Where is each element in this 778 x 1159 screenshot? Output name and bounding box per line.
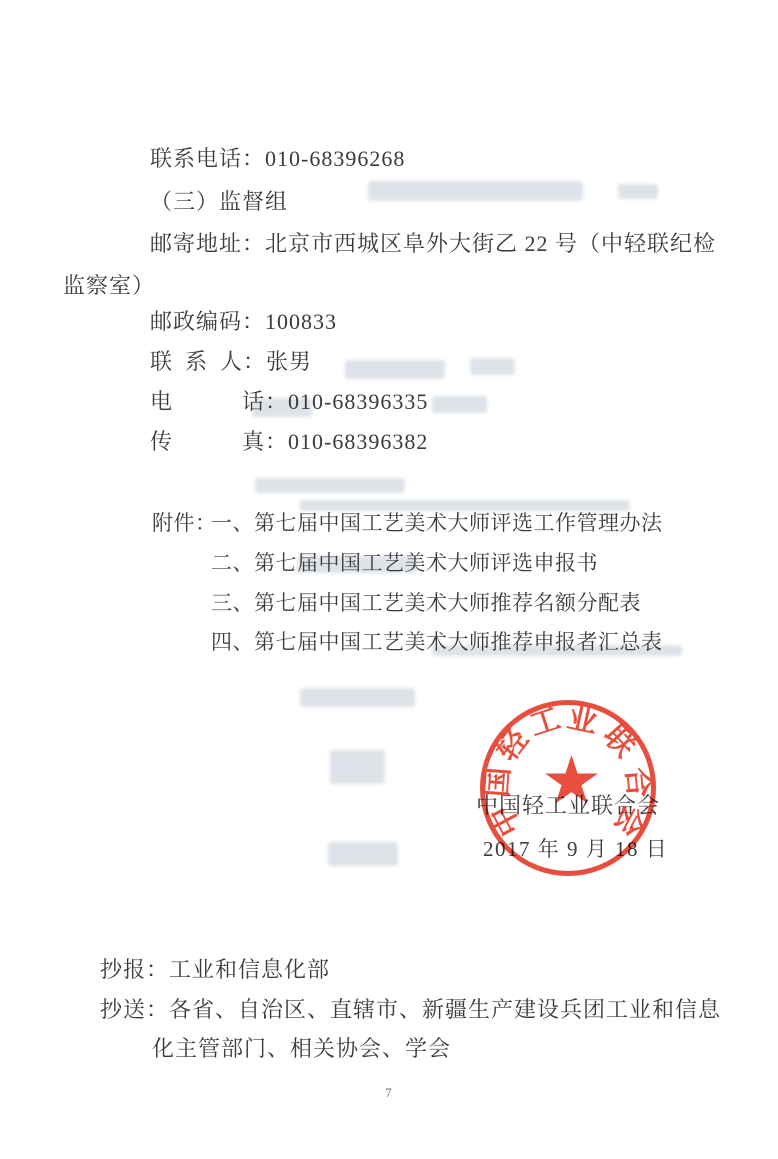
seal-ring-char: 工 [523, 693, 565, 744]
copy-send-label: 抄送： [100, 997, 169, 1022]
copy-send-line: 抄送：各省、自治区、直辖市、新疆生产建设兵团工业和信息 [100, 993, 721, 1024]
attachment-item: 三、第七届中国工艺美术大师推荐名额分配表 [211, 590, 641, 616]
bleedthrough-artifact [255, 478, 405, 493]
document-page: 联系电话：010-68396268 （三）监督组 邮寄地址：北京市西城区阜外大街… [0, 0, 778, 1159]
line-group-heading: （三）监督组 [150, 189, 288, 215]
attachments-label: 附件： [152, 510, 217, 536]
attachment-item: 二、第七届中国工艺美术大师评选申报书 [211, 550, 598, 576]
signature-org-name: 中国轻工业联合会 [476, 789, 660, 820]
bleedthrough-artifact [328, 842, 398, 866]
bleedthrough-artifact [618, 184, 658, 199]
line-fax: 传 真：010-68396382 [150, 429, 428, 455]
seal-ring-char: 业 [564, 692, 602, 741]
line-mail-address-cont: 监察室） [63, 273, 155, 299]
line-mail-address: 邮寄地址：北京市西城区阜外大街乙 22 号（中轻联纪检 [150, 231, 716, 257]
copy-report-line: 抄报：工业和信息化部 [100, 953, 330, 984]
bleedthrough-artifact [345, 360, 445, 379]
bleedthrough-artifact [300, 688, 415, 707]
copy-send-value: 各省、自治区、直辖市、新疆生产建设兵团工业和信息 [169, 997, 721, 1022]
bleedthrough-artifact [432, 396, 487, 413]
copy-report-label: 抄报： [100, 957, 169, 982]
bleedthrough-artifact [330, 750, 385, 784]
line-postal-code: 邮政编码：100833 [150, 309, 337, 335]
seal-ring-char: 轻 [483, 718, 536, 769]
copy-report-value: 工业和信息化部 [169, 957, 330, 982]
line-contact-phone: 联系电话：010-68396268 [150, 146, 405, 172]
attachment-item: 四、第七届中国工艺美术大师推荐申报者汇总表 [211, 629, 663, 655]
bleedthrough-artifact [470, 358, 515, 375]
bleedthrough-artifact [368, 181, 583, 201]
signature-date: 2017 年 9 月 18 日 [483, 833, 668, 863]
page-number: 7 [0, 1085, 778, 1101]
line-phone: 电 话：010-68396335 [150, 389, 428, 415]
seal-ring-char: 联 [596, 713, 649, 765]
line-contact-person: 联 系 人：张男 [150, 349, 312, 375]
attachment-item: 一、第七届中国工艺美术大师评选工作管理办法 [211, 510, 663, 536]
copy-send-line-cont: 化主管部门、相关协会、学会 [152, 1032, 451, 1063]
